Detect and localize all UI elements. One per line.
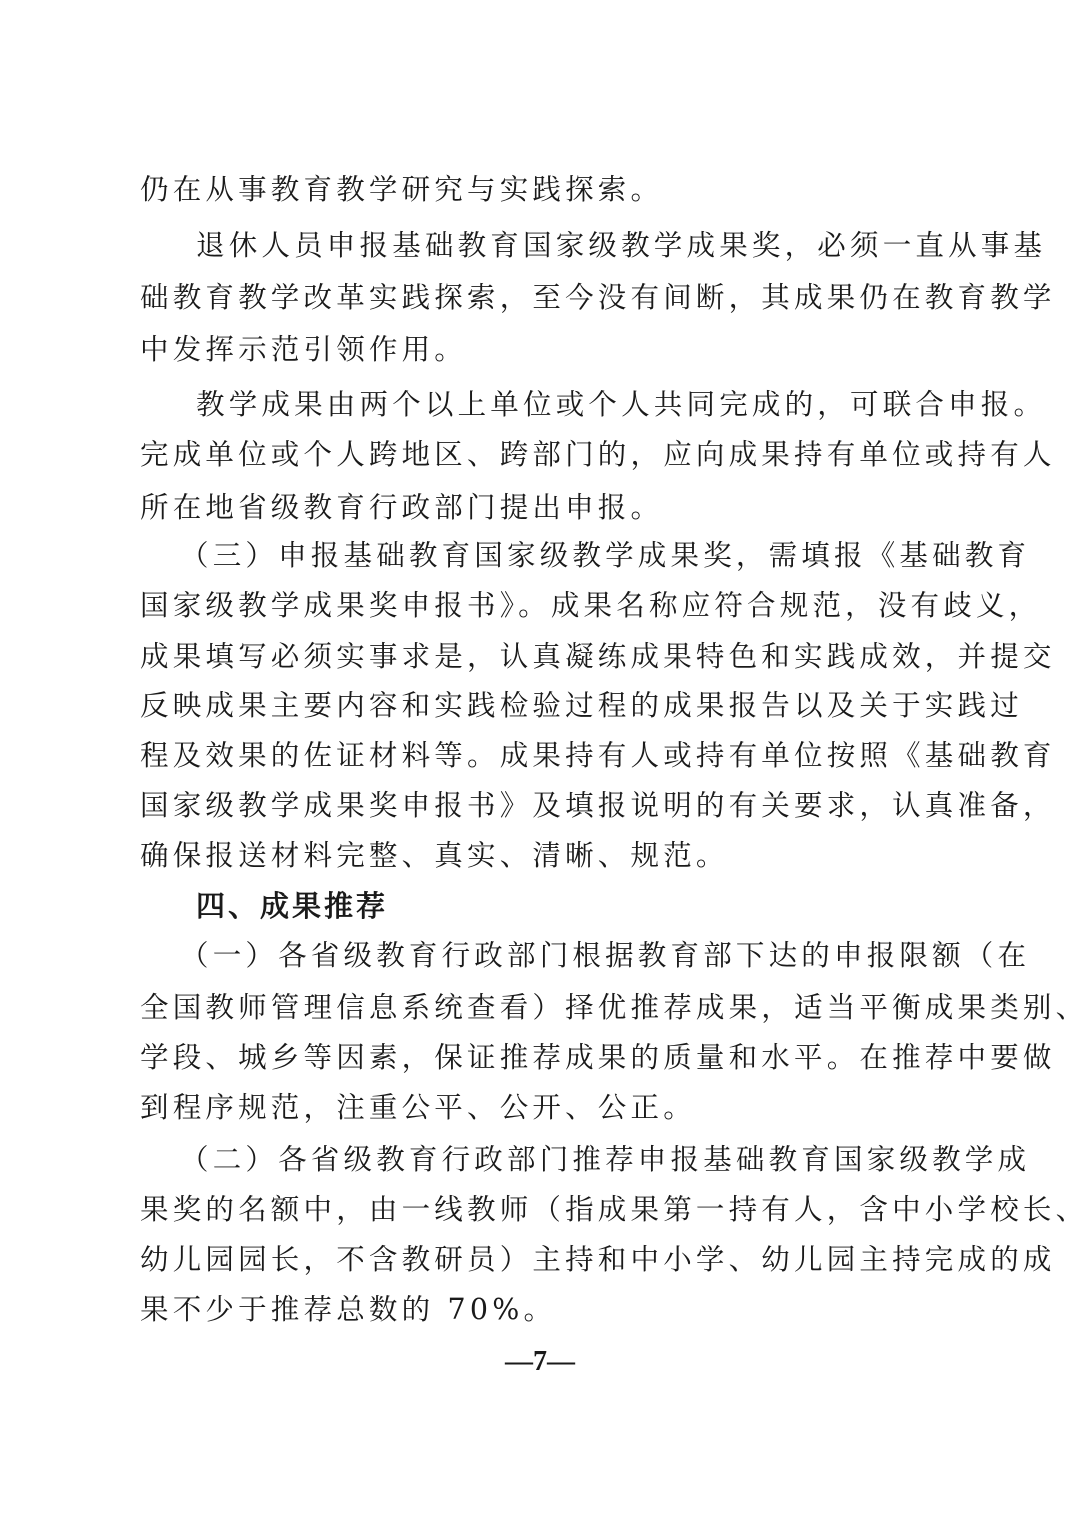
paragraph-line: 全国教师管理信息系统查看）择优推荐成果，适当平衡成果类别、 xyxy=(140,983,940,1033)
paragraph-line: 教学成果由两个以上单位或个人共同完成的，可联合申报。 xyxy=(196,380,940,430)
paragraph-line: 果不少于推荐总数的 70%。 xyxy=(140,1285,940,1335)
paragraph-line: 中发挥示范引领作用。 xyxy=(140,325,940,375)
section-heading: 四、成果推荐 xyxy=(196,881,388,931)
paragraph-line: 到程序规范，注重公平、公开、公正。 xyxy=(140,1083,940,1133)
paragraph-line: 反映成果主要内容和实践检验过程的成果报告以及关于实践过 xyxy=(140,681,940,731)
paragraph-line: （一）各省级教育行政部门根据教育部下达的申报限额（在 xyxy=(180,931,940,981)
paragraph-line: （二）各省级教育行政部门推荐申报基础教育国家级教学成 xyxy=(180,1135,940,1185)
document-page: 仍在从事教育教学研究与实践探索。 退休人员申报基础教育国家级教学成果奖，必须一直… xyxy=(0,0,1080,1526)
paragraph-line: 退休人员申报基础教育国家级教学成果奖，必须一直从事基 xyxy=(196,221,940,271)
page-number: —7— xyxy=(0,1340,1080,1384)
paragraph-line: 国家级教学成果奖申报书》及填报说明的有关要求，认真准备， xyxy=(140,781,940,831)
paragraph-line: 果奖的名额中，由一线教师（指成果第一持有人，含中小学校长、 xyxy=(140,1185,940,1235)
paragraph-line: 仍在从事教育教学研究与实践探索。 xyxy=(140,165,940,215)
paragraph-line: 学段、城乡等因素，保证推荐成果的质量和水平。在推荐中要做 xyxy=(140,1033,940,1083)
paragraph-line: （三）申报基础教育国家级教学成果奖，需填报《基础教育 xyxy=(180,531,940,581)
paragraph-line: 幼儿园园长，不含教研员）主持和中小学、幼儿园主持完成的成 xyxy=(140,1235,940,1285)
paragraph-line: 础教育教学改革实践探索，至今没有间断，其成果仍在教育教学 xyxy=(140,273,940,323)
paragraph-line: 国家级教学成果奖申报书》。成果名称应符合规范，没有歧义， xyxy=(140,581,940,631)
paragraph-line: 完成单位或个人跨地区、跨部门的，应向成果持有单位或持有人 xyxy=(140,430,940,480)
paragraph-line: 成果填写必须实事求是，认真凝练成果特色和实践成效，并提交 xyxy=(140,632,940,682)
paragraph-line: 程及效果的佐证材料等。成果持有人或持有单位按照《基础教育 xyxy=(140,731,940,781)
paragraph-line: 确保报送材料完整、真实、清晰、规范。 xyxy=(140,831,940,881)
paragraph-line: 所在地省级教育行政部门提出申报。 xyxy=(140,483,940,533)
